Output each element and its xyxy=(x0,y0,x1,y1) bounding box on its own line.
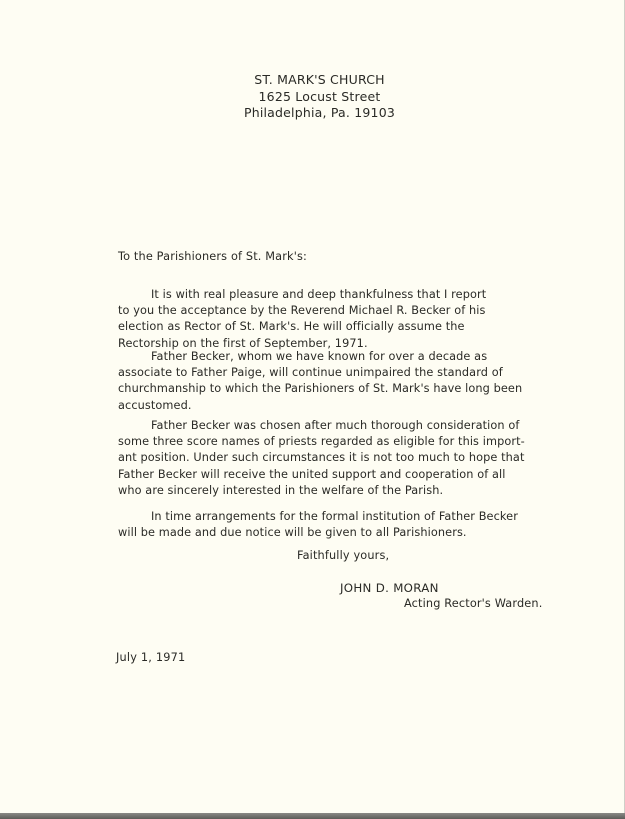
letter-date: July 1, 1971 xyxy=(116,651,185,664)
paragraph-line: associate to Father Paige, will continue… xyxy=(118,365,538,381)
paragraph-line: churchmanship to which the Parishioners … xyxy=(118,381,538,397)
signer-name: JOHN D. MORAN xyxy=(340,581,439,595)
paragraph-line: In time arrangements for the formal inst… xyxy=(118,509,538,525)
paragraph-announcement: It is with real pleasure and deep thankf… xyxy=(118,287,538,352)
letter-page: ST. MARK'S CHURCH 1625 Locust Street Phi… xyxy=(0,0,625,813)
paragraph-institution: In time arrangements for the formal inst… xyxy=(118,509,538,541)
paragraph-background: Father Becker, whom we have known for ov… xyxy=(118,349,538,414)
paragraph-line: Father Becker, whom we have known for ov… xyxy=(118,349,538,365)
paragraph-line: to you the acceptance by the Reverend Mi… xyxy=(118,303,538,319)
organization-name: ST. MARK'S CHURCH xyxy=(0,72,625,89)
page-bottom-edge xyxy=(0,813,625,819)
paragraph-line: some three score names of priests regard… xyxy=(118,434,538,450)
paragraph-line: will be made and due notice will be give… xyxy=(118,525,538,541)
signer-title: Acting Rector's Warden. xyxy=(404,597,542,610)
paragraph-selection: Father Becker was chosen after much thor… xyxy=(118,418,538,499)
city-address: Philadelphia, Pa. 19103 xyxy=(0,105,625,122)
paragraph-line: accustomed. xyxy=(118,398,538,414)
closing: Faithfully yours, xyxy=(297,549,389,562)
street-address: 1625 Locust Street xyxy=(0,89,625,106)
letterhead: ST. MARK'S CHURCH 1625 Locust Street Phi… xyxy=(0,72,625,122)
paragraph-line: election as Rector of St. Mark's. He wil… xyxy=(118,319,538,335)
paragraph-line: who are sincerely interested in the welf… xyxy=(118,483,538,499)
salutation: To the Parishioners of St. Mark's: xyxy=(118,250,307,263)
paragraph-line: Father Becker will receive the united su… xyxy=(118,467,538,483)
paragraph-line: ant position. Under such circumstances i… xyxy=(118,450,538,466)
paragraph-line: It is with real pleasure and deep thankf… xyxy=(118,287,538,303)
paragraph-line: Father Becker was chosen after much thor… xyxy=(118,418,538,434)
